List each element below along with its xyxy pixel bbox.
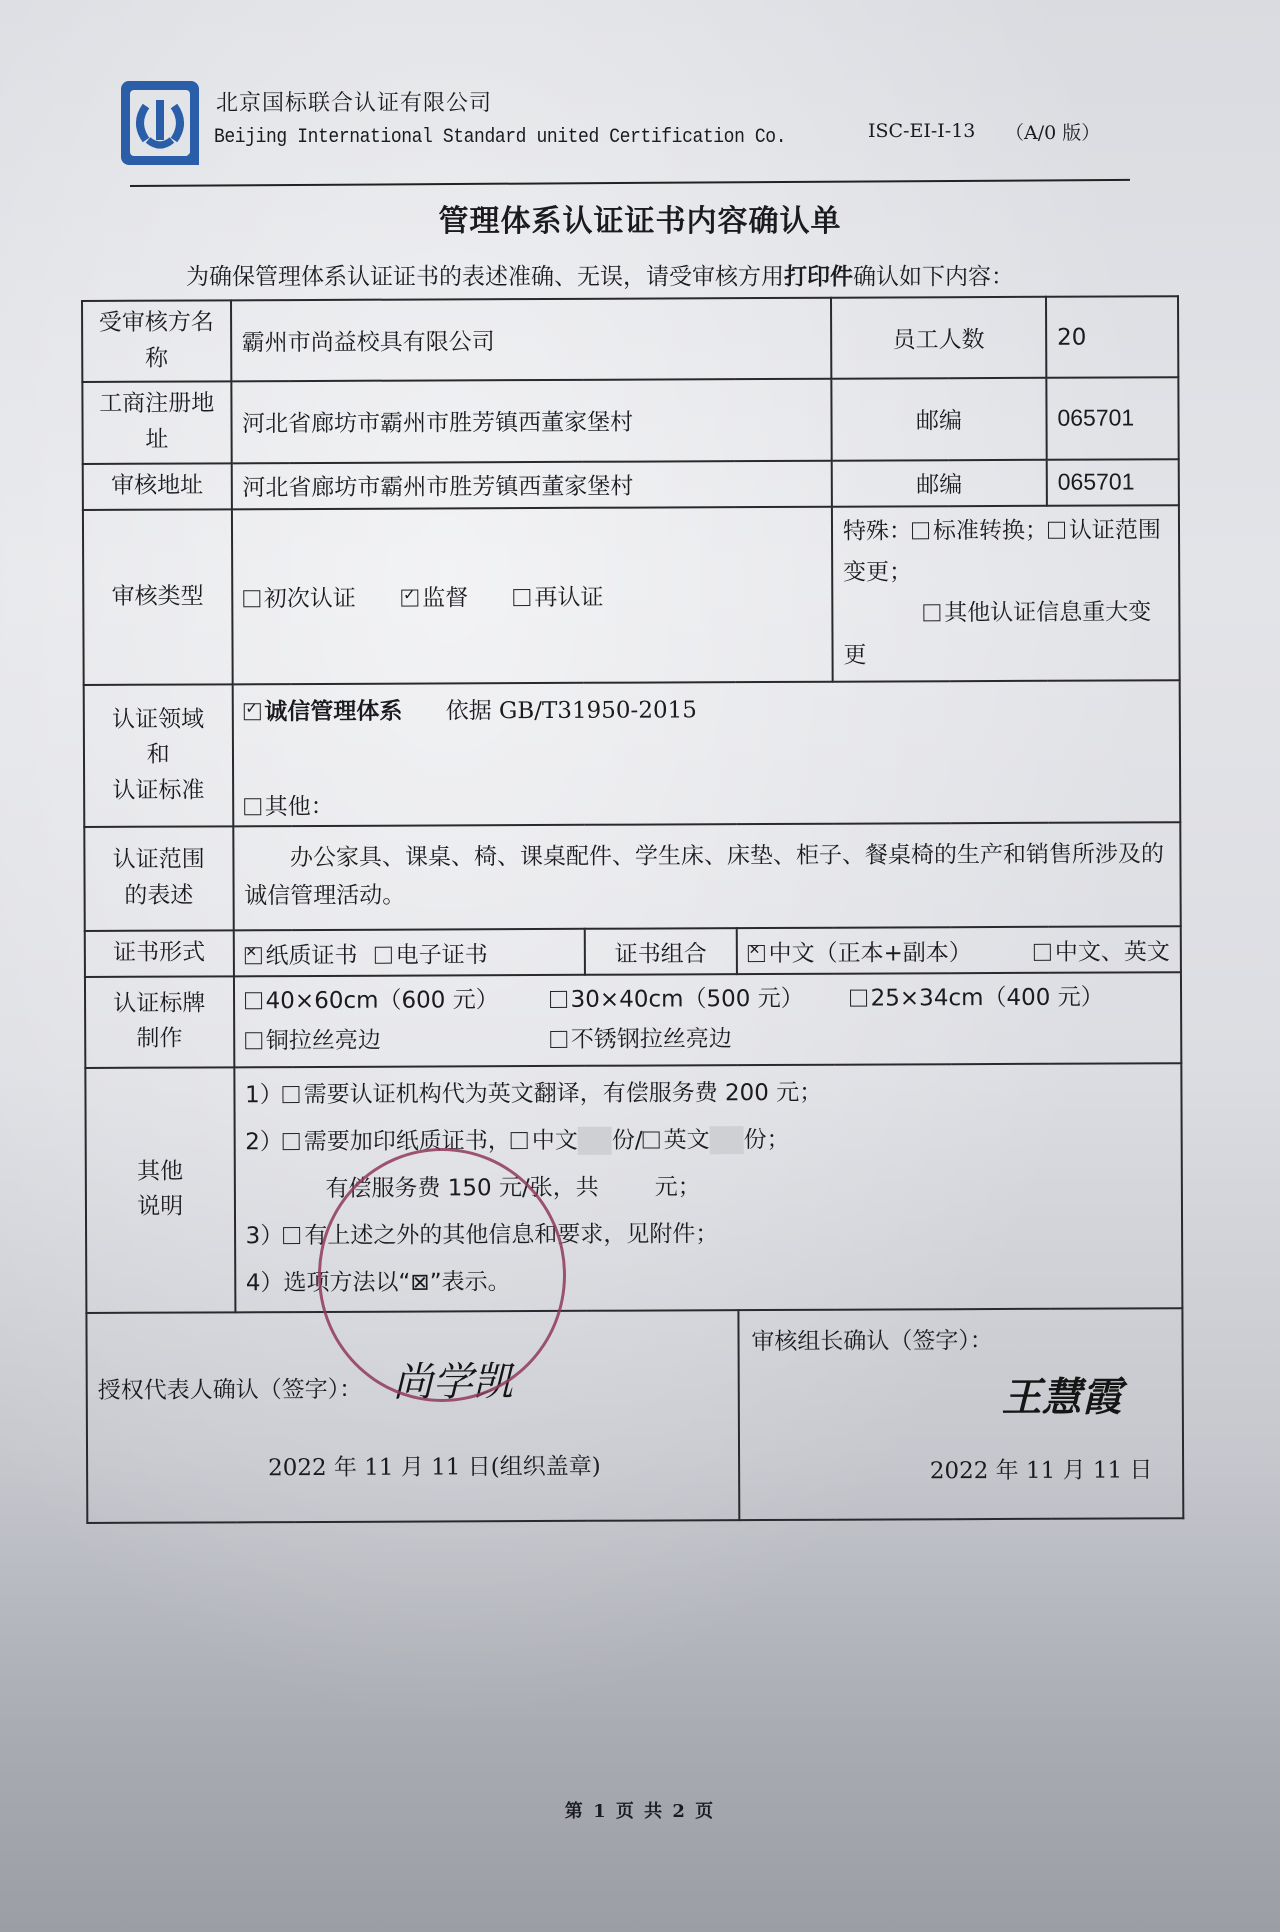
option-surveillance[interactable]: 监督: [401, 585, 468, 611]
employees-label: 员工人数: [831, 297, 1046, 379]
row-scope: 认证范围 的表述 办公家具、课桌、椅、课桌配件、学生床、床垫、柜子、餐桌椅的生产…: [84, 822, 1180, 931]
special-options: 特殊：标准转换；认证范围变更； 其他认证信息重大变更: [832, 505, 1180, 682]
checkbox-icon[interactable]: [244, 798, 261, 815]
page-number: 第 1 页 共 2 页: [0, 1797, 1280, 1823]
document-page: 北京国标联合认证有限公司 Beijing International Stand…: [0, 0, 1280, 1932]
company-name-cn: 北京国标联合认证有限公司: [216, 86, 492, 117]
checkbox-icon[interactable]: [850, 990, 867, 1007]
cert-form-label: 证书形式: [85, 930, 234, 977]
page-title: 管理体系认证证书内容确认单: [0, 196, 1280, 240]
row-audit-address: 审核地址 河北省廊坊市霸州市胜芳镇西董家堡村 邮编 065701: [83, 459, 1179, 510]
auditee-label: 受审核方名称: [82, 300, 231, 382]
option-initial[interactable]: 初次认证: [243, 586, 356, 612]
checkbox-icon[interactable]: [643, 1131, 660, 1148]
checkbox-crossed-icon[interactable]: [748, 945, 765, 962]
option-recertification[interactable]: 再认证: [513, 585, 603, 611]
checkbox-icon[interactable]: [283, 1133, 300, 1150]
plaque-label: 认证标牌 制作: [85, 976, 234, 1067]
row-audit-type: 审核类型 初次认证 监督 再认证 特殊：标准转换；认证范围变更； 其他认证信息重…: [83, 505, 1180, 685]
row-auditee: 受审核方名称 霸州市尚益校具有限公司 员工人数 20: [82, 296, 1178, 382]
checkbox-icon[interactable]: [245, 992, 262, 1009]
field-standard-options: 诚信管理体系 依据 GB/T31950-2015 其他：: [232, 680, 1180, 826]
leader-date: 2022 年 11 月 11 日: [930, 1452, 1153, 1486]
audit-type-label: 审核类型: [83, 509, 232, 685]
auditee-name[interactable]: 霸州市尚益校具有限公司: [231, 298, 832, 382]
reg-postcode-value[interactable]: 065701: [1046, 377, 1178, 459]
checkbox-icon[interactable]: [923, 605, 940, 622]
checkbox-checked-icon[interactable]: [243, 703, 260, 720]
reg-address-value[interactable]: 河北省廊坊市霸州市胜芳镇西董家堡村: [231, 379, 832, 463]
scope-label: 认证范围 的表述: [84, 826, 233, 931]
document-version: （A/0 版）: [1005, 118, 1100, 145]
audit-address-value[interactable]: 河北省廊坊市霸州市胜芳镇西董家堡村: [231, 460, 832, 509]
checkbox-icon[interactable]: [550, 991, 567, 1008]
leader-signature: 王慧霞: [1001, 1366, 1121, 1424]
checkbox-icon[interactable]: [511, 1132, 528, 1149]
header-divider: [130, 179, 1130, 187]
reg-address-label: 工商注册地址: [82, 382, 231, 464]
other-notes-label: 其他 说明: [85, 1067, 235, 1313]
company-name-en: Beijing International Standard united Ce…: [214, 126, 786, 149]
field-standard-label: 认证领域 和 认证标准: [84, 684, 233, 827]
redacted-field[interactable]: [578, 1127, 612, 1155]
checkbox-icon[interactable]: [1034, 943, 1051, 960]
redacted-field[interactable]: [710, 1126, 744, 1154]
intro-text: 为确保管理体系认证证书的表述准确、无误，请受审核方用打印件确认如下内容：: [186, 258, 1014, 291]
confirmation-form: 受审核方名称 霸州市尚益校具有限公司 员工人数 20 工商注册地址 河北省廊坊市…: [81, 295, 1184, 1524]
row-reg-address: 工商注册地址 河北省廊坊市霸州市胜芳镇西董家堡村 邮编 065701: [82, 377, 1178, 463]
document-code: ISC-EI-I-13: [868, 120, 975, 142]
employees-value[interactable]: 20: [1046, 296, 1178, 378]
checkbox-icon[interactable]: [375, 946, 392, 963]
intro-after: 确认如下内容：: [853, 264, 1014, 290]
row-cert-form: 证书形式 纸质证书 电子证书 证书组合 中文（正本+副本） 中文、英文: [85, 926, 1181, 977]
checkbox-icon[interactable]: [283, 1227, 300, 1244]
checkbox-icon[interactable]: [513, 589, 530, 606]
checkbox-crossed-icon[interactable]: [244, 947, 261, 964]
checkbox-icon[interactable]: [912, 522, 929, 539]
row-signatures: 授权代表人确认（签字）： 尚学凯 2022 年 11 月 11 日(组织盖章) …: [86, 1309, 1183, 1524]
cert-form-options: 纸质证书 电子证书: [233, 929, 584, 977]
note-1: 1）需要认证机构代为英文翻译，有偿服务费 200 元；: [245, 1068, 1171, 1119]
checkbox-icon[interactable]: [550, 1031, 567, 1048]
intro-bold: 打印件: [784, 264, 853, 290]
scope-text[interactable]: 办公家具、课桌、椅、课桌配件、学生床、床垫、柜子、餐桌椅的生产和销售所涉及的诚信…: [233, 822, 1181, 930]
row-field-standard: 认证领域 和 认证标准 诚信管理体系 依据 GB/T31950-2015 其他：: [84, 680, 1181, 827]
row-plaque: 认证标牌 制作 40×60cm（600 元）30×40cm（500 元）25×3…: [85, 972, 1181, 1067]
checkbox-checked-icon[interactable]: [401, 589, 418, 606]
checkbox-icon[interactable]: [283, 1086, 300, 1103]
note-2: 2）需要加印纸质证书，中文份/英文份；: [245, 1115, 1171, 1166]
checkbox-icon[interactable]: [243, 590, 260, 607]
leader-signature-cell[interactable]: 审核组长确认（签字）： 王慧霞 2022 年 11 月 11 日: [738, 1309, 1183, 1521]
cert-combo-options: 中文（正本+副本） 中文、英文: [736, 926, 1180, 974]
intro-before: 为确保管理体系认证证书的表述准确、无误，请受审核方用: [186, 264, 784, 290]
audit-address-label: 审核地址: [83, 463, 232, 510]
standard-basis: 依据 GB/T31950-2015: [446, 697, 697, 724]
audit-postcode-label: 邮编: [832, 459, 1047, 506]
rep-signature-label: 授权代表人确认（签字）：: [98, 1371, 363, 1405]
reg-postcode-label: 邮编: [831, 378, 1046, 460]
row-other-notes: 其他 说明 1）需要认证机构代为英文翻译，有偿服务费 200 元； 2）需要加印…: [85, 1063, 1182, 1313]
company-logo-icon: [118, 78, 202, 168]
checkbox-icon[interactable]: [245, 1033, 262, 1050]
plaque-options: 40×60cm（600 元）30×40cm（500 元）25×34cm（400 …: [234, 972, 1182, 1067]
rep-date: 2022 年 11 月 11 日(组织盖章): [268, 1448, 601, 1482]
audit-type-options: 初次认证 监督 再认证: [231, 506, 832, 684]
cert-combo-label: 证书组合: [585, 928, 737, 975]
leader-signature-label: 审核组长确认（签字）：: [751, 1322, 993, 1356]
checkbox-icon[interactable]: [1048, 521, 1065, 538]
audit-postcode-value[interactable]: 065701: [1047, 459, 1179, 506]
company-seal-stamp: [318, 1148, 566, 1402]
